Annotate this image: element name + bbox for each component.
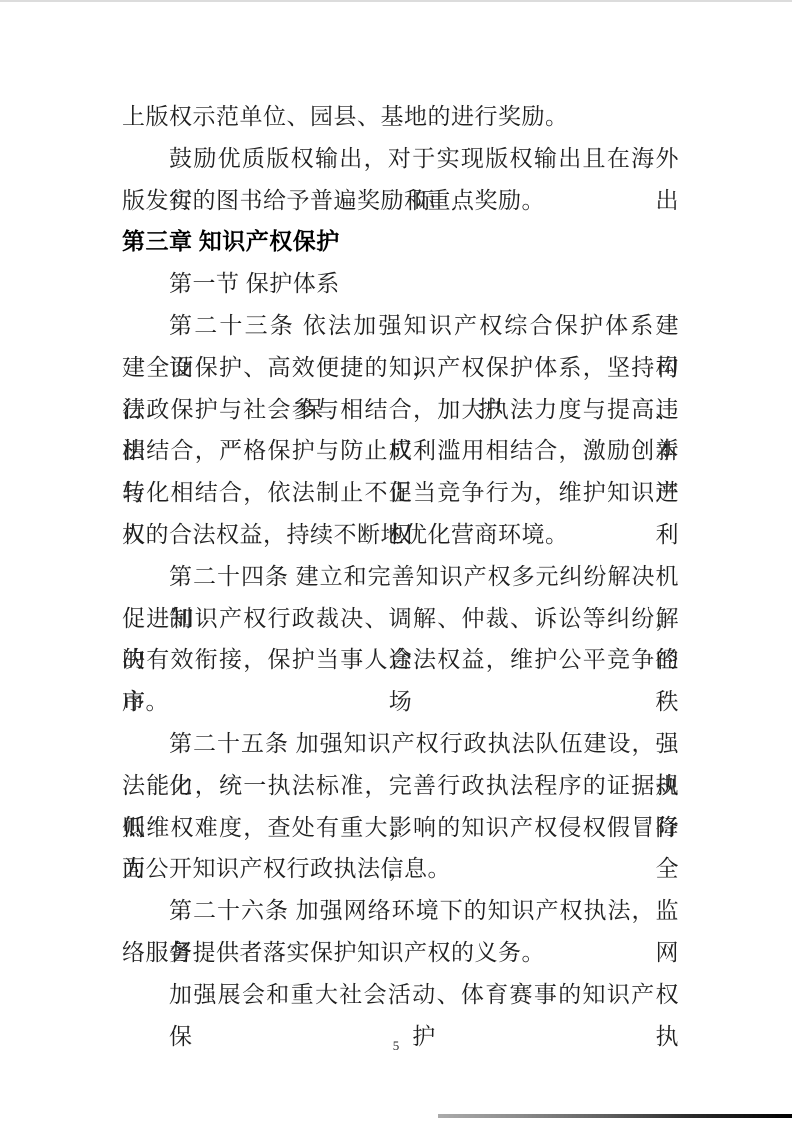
document-line: 加强展会和重大社会活动、体育赛事的知识产权保护执 [122, 974, 679, 1016]
scan-edge-top-line [0, 0, 792, 2]
document-line: 第一节 保护体系 [122, 263, 679, 305]
document-line: 低维权难度，查处有重大影响的知识产权侵权假冒行为，全 [122, 807, 679, 849]
scan-artifact-bottom-bar [438, 1114, 792, 1118]
document-line: 建全面保护、高效便捷的知识产权保护体系，坚持司法保护、 [122, 347, 679, 389]
document-line: 的有效衔接，保护当事人合法权益，维护公平竞争的市场秩 [122, 639, 679, 681]
document-line: 第二十五条 加强知识产权行政执法队伍建设，强化执 [122, 723, 679, 765]
document-line: 鼓励优质版权输出，对于实现版权输出且在海外实际出 [122, 138, 679, 180]
document-text-block: 上版权示范单位、园县、基地的进行奖励。鼓励优质版权输出，对于实现版权输出且在海外… [122, 96, 679, 1016]
document-line: 促进知识产权行政裁决、调解、仲裁、诉讼等纠纷解决途径 [122, 598, 679, 640]
document-line: 相结合，严格保护与防止权利滥用相结合，激励创新与促进 [122, 430, 679, 472]
page-number: 5 [0, 1038, 792, 1054]
document-line: 第二十四条 建立和完善知识产权多元纠纷解决机制， [122, 556, 679, 598]
document-line: 第二十三条 依法加强知识产权综合保护体系建设，构 [122, 305, 679, 347]
chapter-heading: 第三章 知识产权保护 [122, 221, 679, 263]
document-line: 第二十六条 加强网络环境下的知识产权执法，监督网 [122, 890, 679, 932]
document-line: 行政保护与社会参与相结合，加大执法力度与提高违法成本 [122, 389, 679, 431]
document-line: 转化相结合，依法制止不正当竞争行为，维护知识产权权利 [122, 472, 679, 514]
document-line: 上版权示范单位、园县、基地的进行奖励。 [122, 96, 679, 138]
scanned-document-page: 上版权示范单位、园县、基地的进行奖励。鼓励优质版权输出，对于实现版权输出且在海外… [0, 0, 792, 1122]
document-line: 法能力，统一执法标准，完善行政执法程序的证据规则，降 [122, 765, 679, 807]
